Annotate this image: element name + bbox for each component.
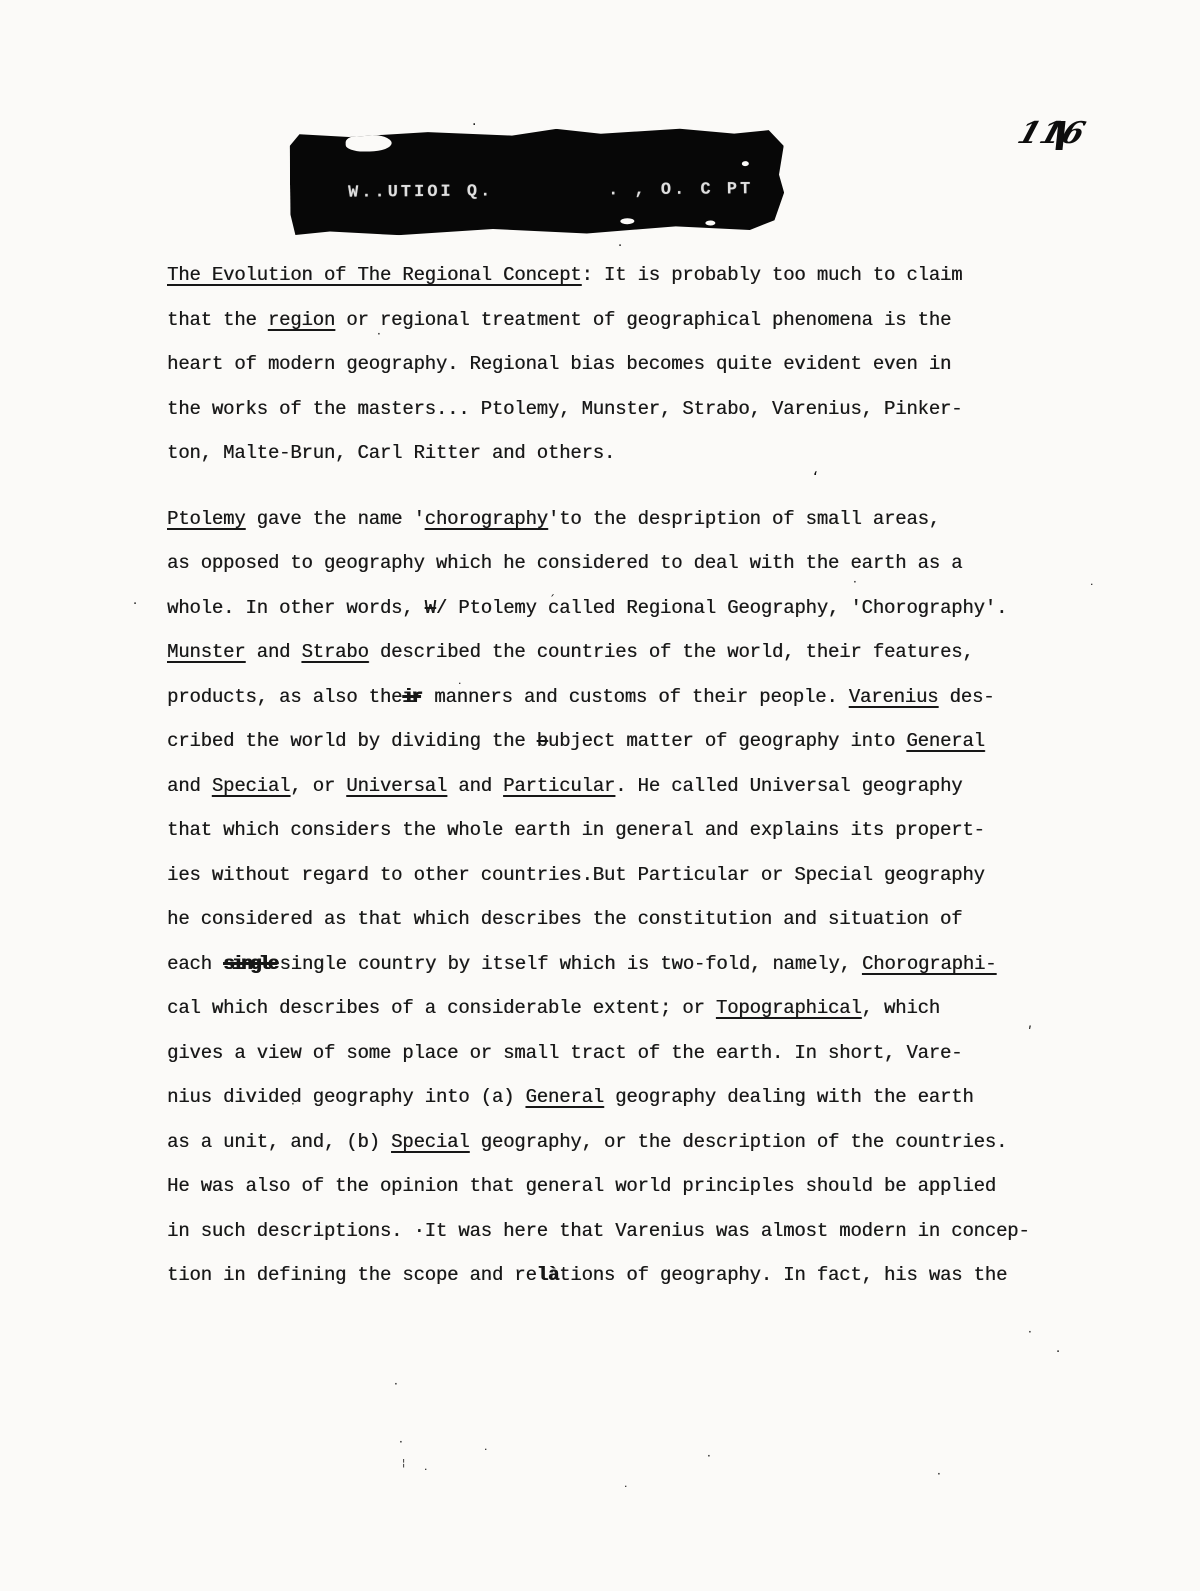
overtyped-text: b	[537, 730, 548, 752]
text-line: cal which describes of a considerable ex…	[167, 986, 1047, 1031]
paragraph: The Evolution of The Regional Concept: I…	[167, 253, 1047, 476]
redaction-title-fragment-left: W..UTIOI Q.	[348, 182, 493, 202]
redaction-white-speck	[742, 161, 749, 166]
redaction-white-speck	[490, 229, 498, 233]
text-line: the works of the masters... Ptolemy, Mun…	[167, 387, 1047, 432]
redaction-title-fragment-right: . , O. C PT	[608, 180, 753, 200]
text-segment: gave the name '	[245, 508, 424, 530]
underlined-term: Special	[391, 1131, 469, 1153]
text-segment: described the countries of the world, th…	[369, 641, 974, 663]
text-line: cribed the world by dividing the bubject…	[167, 719, 1047, 764]
text-line: ton, Malte-Brun, Carl Ritter and others.	[167, 431, 1047, 476]
ink-speck: ·	[937, 1468, 941, 1480]
text-segment: whole. In other words,	[167, 597, 425, 619]
text-segment: the works of the masters... Ptolemy, Mun…	[167, 398, 962, 420]
ink-speck: ·	[1056, 1346, 1060, 1359]
redaction-notch	[346, 134, 392, 151]
text-line: The Evolution of The Regional Concept: I…	[167, 253, 1047, 298]
underlined-term: region	[268, 309, 335, 331]
text-segment: ton, Malte-Brun, Carl Ritter and others.	[167, 442, 615, 464]
text-segment: cribed the world by dividing the	[167, 730, 537, 752]
text-line: he considered as that which describes th…	[167, 897, 1047, 942]
underlined-term: General	[906, 730, 984, 752]
text-segment: 'to the despription of small areas,	[548, 508, 940, 530]
text-line: Ptolemy gave the name 'chorography'to th…	[167, 497, 1047, 542]
text-segment: that which considers the whole earth in …	[167, 819, 985, 841]
ink-speck: ·	[399, 1436, 403, 1448]
page-number-annotation: 116	[1013, 116, 1090, 151]
underlined-term: Chorographi-	[862, 953, 996, 975]
text-segment: , or	[290, 775, 346, 797]
text-segment: gives a view of some place or small trac…	[167, 1042, 962, 1064]
text-segment: ies without regard to other countries.Bu…	[167, 864, 985, 886]
text-segment: , which	[862, 997, 940, 1019]
underlined-term: Varenius	[849, 686, 939, 708]
text-segment: manners and customs of their people.	[423, 686, 849, 708]
redaction-white-speck	[705, 220, 715, 225]
text-line: as opposed to geography which he conside…	[167, 541, 1047, 586]
underlined-term: The Evolution of The Regional Concept	[167, 264, 581, 286]
text-segment: des-	[938, 686, 994, 708]
text-segment: geography, or the description of the cou…	[469, 1131, 1007, 1153]
text-segment: he considered as that which describes th…	[167, 908, 962, 930]
text-segment: : It is probably too much to claim	[581, 264, 962, 286]
underlined-term: Universal	[346, 775, 447, 797]
paragraph: Ptolemy gave the name 'chorography'to th…	[167, 497, 1047, 1298]
text-line: nius divided geography into (a) General …	[167, 1075, 1047, 1120]
text-segment: in such descriptions. ·It was here that …	[167, 1220, 1030, 1242]
text-segment: each	[167, 953, 223, 975]
text-segment: heart of modern geography. Regional bias…	[167, 353, 951, 375]
text-line: that which considers the whole earth in …	[167, 808, 1047, 853]
text-segment: or regional treatment of geographical ph…	[335, 309, 951, 331]
ink-speck: ·	[472, 118, 476, 132]
page: { "page": { "number_annotation": "116" }…	[0, 0, 1200, 1591]
text-segment: that the	[167, 309, 268, 331]
redaction-white-speck	[620, 218, 634, 224]
text-segment: single country by itself which is two-fo…	[279, 953, 862, 975]
text-line: Munster and Strabo described the countri…	[167, 630, 1047, 675]
text-line: He was also of the opinion that general …	[167, 1164, 1047, 1209]
text-line: gives a view of some place or small trac…	[167, 1031, 1047, 1076]
text-segment: as opposed to geography which he conside…	[167, 552, 962, 574]
underlined-term: Munster	[167, 641, 245, 663]
ink-speck: ¦	[402, 1459, 405, 1469]
underlined-term: Strabo	[301, 641, 368, 663]
underlined-term: General	[525, 1086, 603, 1108]
ink-speck: ·	[618, 240, 622, 253]
ink-speck: ·	[1090, 579, 1094, 590]
ink-speck: ·	[424, 1464, 428, 1475]
ink-speck: ·	[484, 1444, 488, 1455]
ink-speck: ·	[394, 1378, 398, 1390]
text-segment: cal which describes of a considerable ex…	[167, 997, 716, 1019]
text-line: ies without regard to other countries.Bu…	[167, 853, 1047, 898]
text-segment: nius divided geography into (a)	[167, 1086, 525, 1108]
overtyped-text: ir	[402, 686, 420, 708]
text-segment: . He called Universal geography	[615, 775, 962, 797]
text-segment: and	[167, 775, 212, 797]
text-line: tion in defining the scope and relàtions…	[167, 1253, 1047, 1298]
underlined-term: Particular	[503, 775, 615, 797]
text-segment: ubject matter of geography into	[548, 730, 906, 752]
overtyped-text: W	[425, 597, 436, 619]
ink-speck: ·	[133, 598, 137, 611]
document-body: The Evolution of The Regional Concept: I…	[167, 253, 1047, 1298]
ink-speck: ·	[624, 1481, 628, 1492]
ink-speck: ·	[1028, 1326, 1032, 1338]
underlined-term: Ptolemy	[167, 508, 245, 530]
redaction-block: W..UTIOI Q. . , O. C PT	[290, 127, 785, 237]
text-segment: / Ptolemy called Regional Geography, 'Ch…	[436, 597, 1007, 619]
text-line: and Special, or Universal and Particular…	[167, 764, 1047, 809]
text-segment: He was also of the opinion that general …	[167, 1175, 996, 1197]
text-line: whole. In other words, W/ Ptolemy called…	[167, 586, 1047, 631]
text-segment: and	[245, 641, 301, 663]
overtyped-text: là	[537, 1264, 559, 1286]
text-line: in such descriptions. ·It was here that …	[167, 1209, 1047, 1254]
overtyped-text: single	[223, 953, 276, 975]
ink-speck: ·	[707, 1450, 711, 1462]
text-line: as a unit, and, (b) Special geography, o…	[167, 1120, 1047, 1165]
underlined-term: Special	[212, 775, 290, 797]
text-segment: tions of geography. In fact, his was the	[559, 1264, 1007, 1286]
text-segment: tion in defining the scope and re	[167, 1264, 537, 1286]
text-segment: geography dealing with the earth	[604, 1086, 974, 1108]
text-line: each singlesingle country by itself whic…	[167, 942, 1047, 987]
text-segment: as a unit, and, (b)	[167, 1131, 391, 1153]
text-segment: products, as also the	[167, 686, 402, 708]
text-line: products, as also their manners and cust…	[167, 675, 1047, 720]
underlined-term: Topographical	[716, 997, 862, 1019]
underlined-term: chorography	[425, 508, 548, 530]
text-line: that the region or regional treatment of…	[167, 298, 1047, 343]
text-segment: and	[447, 775, 503, 797]
text-line: heart of modern geography. Regional bias…	[167, 342, 1047, 387]
